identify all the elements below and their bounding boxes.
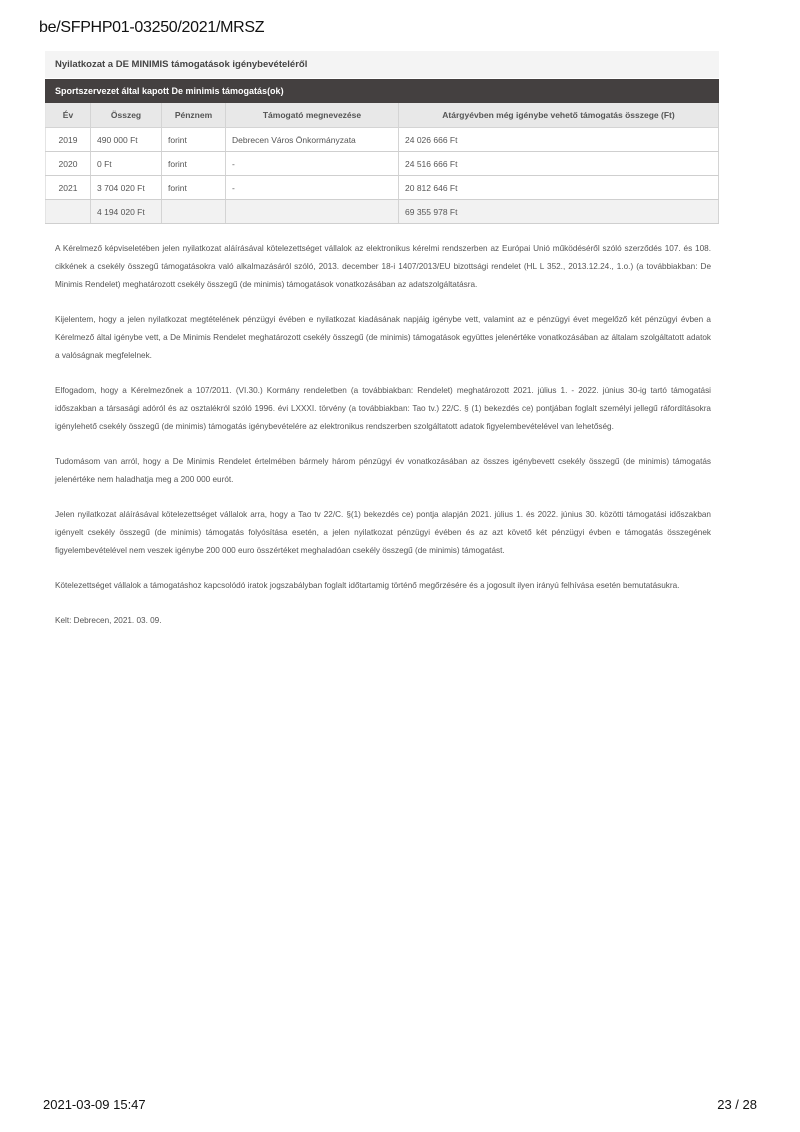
table-total-row: 4 194 020 Ft 69 355 978 Ft [46,200,719,224]
footer-timestamp: 2021-03-09 15:47 [43,1097,146,1112]
paragraph-document-retention: Kötelezettséget vállalok a támogatáshoz … [55,577,711,595]
cell-remaining: 24 516 666 Ft [399,152,719,176]
paragraph-date-place: Kelt: Debrecen, 2021. 03. 09. [55,612,711,630]
cell-currency [162,200,226,224]
cell-year: 2021 [46,176,91,200]
paragraph-acknowledgement: Tudomásom van arról, hogy a De Minimis R… [55,453,711,489]
cell-amount: 0 Ft [91,152,162,176]
cell-year: 2020 [46,152,91,176]
cell-grantor [226,200,399,224]
column-header-year: Év [46,103,91,128]
cell-year: 2019 [46,128,91,152]
cell-remaining: 20 812 646 Ft [399,176,719,200]
column-header-grantor: Támogató megnevezése [226,103,399,128]
paragraph-declaration: Kijelentem, hogy a jelen nyilatkozat meg… [55,311,711,365]
cell-amount: 3 704 020 Ft [91,176,162,200]
page-number: 23 / 28 [717,1097,757,1112]
cell-year [46,200,91,224]
paragraph-data-provision: A Kérelmező képviseletében jelen nyilatk… [55,240,711,294]
cell-remaining: 24 026 666 Ft [399,128,719,152]
paragraph-commitment: Jelen nyilatkozat aláírásával kötelezett… [55,506,711,560]
cell-grantor: - [226,176,399,200]
table-header-row: Év Összeg Pénznem Támogató megnevezése A… [46,103,719,128]
table-row: 2020 0 Ft forint - 24 516 666 Ft [46,152,719,176]
cell-currency: forint [162,152,226,176]
cell-grantor: Debrecen Város Önkormányzata [226,128,399,152]
panel-title: Nyilatkozat a DE MINIMIS támogatások igé… [45,51,719,78]
declaration-text: A Kérelmező képviseletében jelen nyilatk… [55,240,711,647]
grants-table: Év Összeg Pénznem Támogató megnevezése A… [45,103,719,224]
column-header-remaining: Atárgyévben még igénybe vehető támogatás… [399,103,719,128]
cell-total-amount: 4 194 020 Ft [91,200,162,224]
cell-amount: 490 000 Ft [91,128,162,152]
cell-currency: forint [162,176,226,200]
table-row: 2021 3 704 020 Ft forint - 20 812 646 Ft [46,176,719,200]
cell-total-remaining: 69 355 978 Ft [399,200,719,224]
de-minimis-panel: Nyilatkozat a DE MINIMIS támogatások igé… [45,51,719,224]
cell-grantor: - [226,152,399,176]
column-header-currency: Pénznem [162,103,226,128]
document-id: be/SFPHP01-03250/2021/MRSZ [39,19,264,37]
table-row: 2019 490 000 Ft forint Debrecen Város Ön… [46,128,719,152]
column-header-amount: Összeg [91,103,162,128]
cell-currency: forint [162,128,226,152]
paragraph-acceptance: Elfogadom, hogy a Kérelmezőnek a 107/201… [55,382,711,436]
section-title: Sportszervezet által kapott De minimis t… [45,79,719,103]
